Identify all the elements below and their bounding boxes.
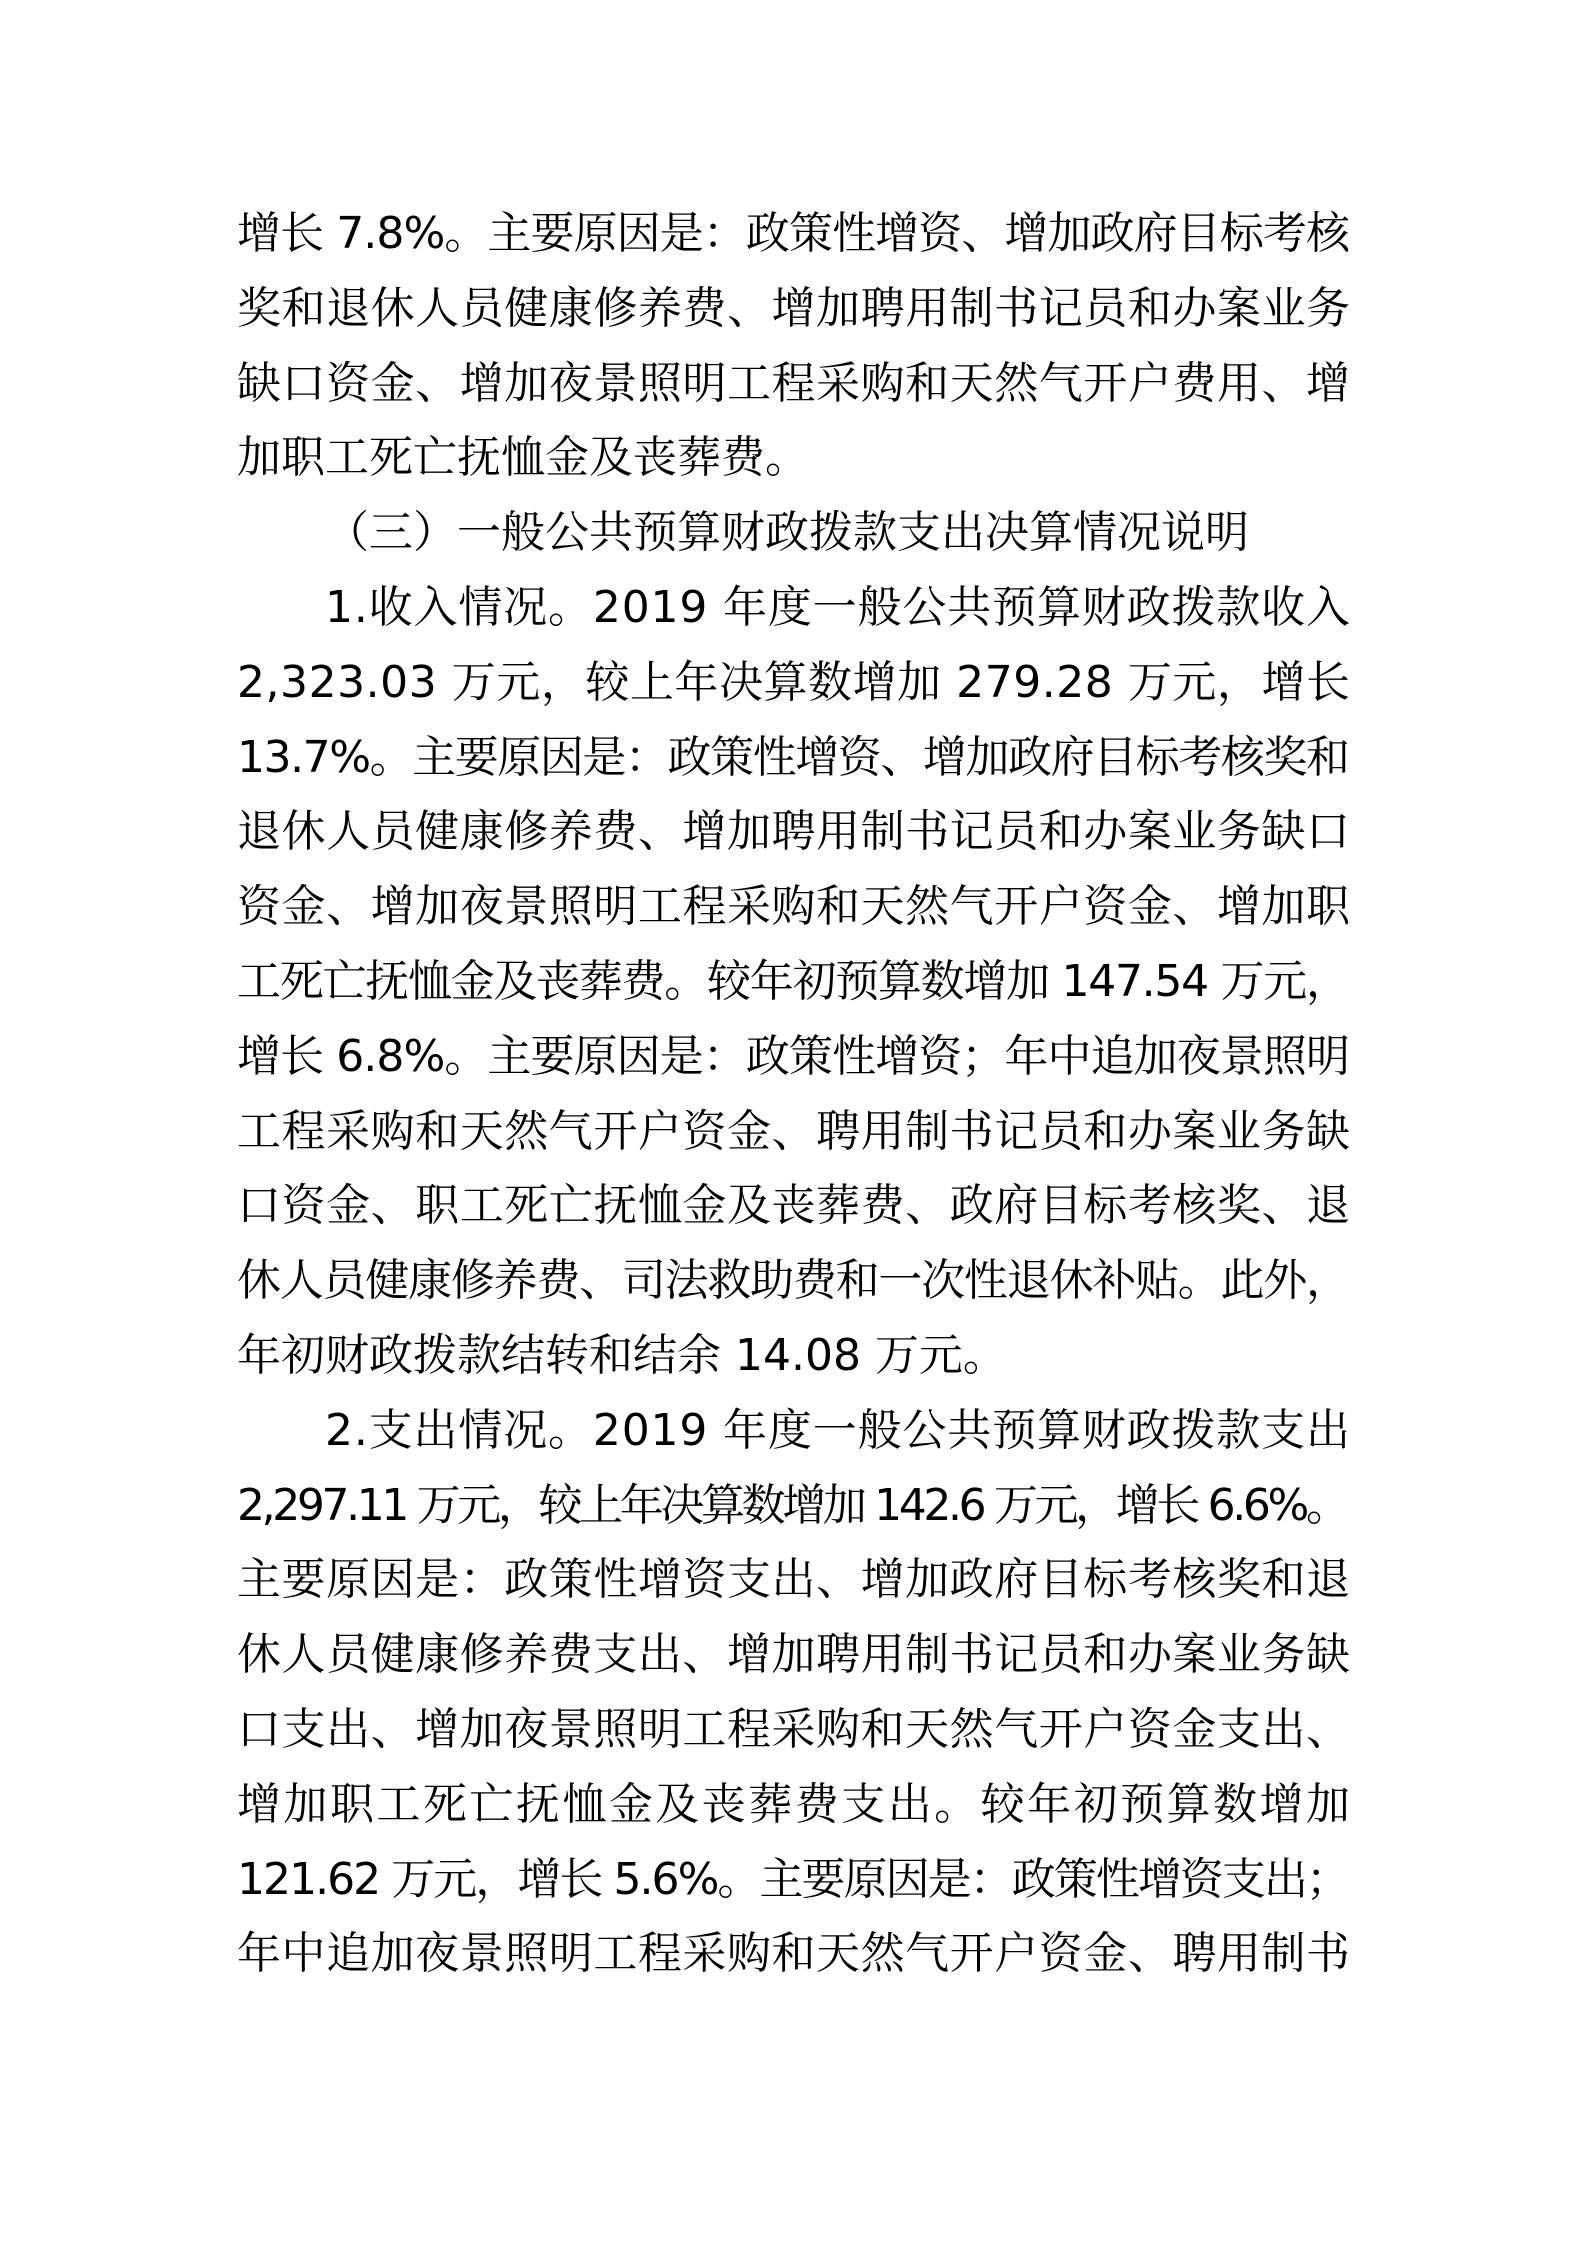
text-line: （三）一般公共预算财政拨款支出决算情况说明 — [237, 496, 1350, 571]
text-line-content: 资金、增加夜景照明工程采购和天然气开户资金、增加职 — [237, 870, 1351, 945]
text-line: 13.7%。主要原因是：政策性增资、增加政府目标考核奖和 — [237, 721, 1350, 796]
text-line-content: 缺口资金、增加夜景照明工程采购和天然气开户费用、增 — [237, 347, 1351, 422]
text-line-content: 增长 7.8%。主要原因是：政策性增资、增加政府目标考核 — [237, 197, 1349, 272]
text-line-content: （三）一般公共预算财政拨款支出决算情况说明 — [325, 496, 1249, 571]
text-line-content: 工程采购和天然气开户资金、聘用制书记员和办案业务缺 — [237, 1095, 1351, 1170]
text-line-content: 年中追加夜景照明工程采购和天然气开户资金、聘用制书 — [237, 1917, 1351, 1992]
text-line-content: 主要原因是：政策性增资支出、增加政府目标考核奖和退 — [237, 1543, 1351, 1618]
text-line: 休人员健康修养费、司法救助费和一次性退休补贴。此外， — [237, 1244, 1350, 1319]
text-line: 增长 6.8%。主要原因是：政策性增资；年中追加夜景照明 — [237, 1020, 1350, 1095]
text-line-content: 休人员健康修养费、司法救助费和一次性退休补贴。此外， — [237, 1244, 1349, 1319]
text-line: 2,297.11 万元，较上年决算数增加 142.6 万元，增长 6.6%。 — [237, 1469, 1350, 1544]
text-line: 加职工死亡抚恤金及丧葬费。 — [237, 421, 1350, 496]
text-line: 工死亡抚恤金及丧葬费。较年初预算数增加 147.54 万元， — [237, 945, 1350, 1020]
text-line-content: 口资金、职工死亡抚恤金及丧葬费、政府目标考核奖、退 — [237, 1169, 1351, 1244]
text-line-content: 13.7%。主要原因是：政策性增资、增加政府目标考核奖和 — [237, 721, 1349, 796]
text-line-content: 增长 6.8%。主要原因是：政策性增资；年中追加夜景照明 — [237, 1020, 1349, 1095]
text-line: 1.收入情况。2019 年度一般公共预算财政拨款收入 — [237, 571, 1350, 646]
text-line-content: 工死亡抚恤金及丧葬费。较年初预算数增加 147.54 万元， — [237, 945, 1349, 1020]
text-line: 工程采购和天然气开户资金、聘用制书记员和办案业务缺 — [237, 1095, 1350, 1170]
text-line-content: 口支出、增加夜景照明工程采购和天然气开户资金支出、 — [237, 1693, 1351, 1768]
text-line: 缺口资金、增加夜景照明工程采购和天然气开户费用、增 — [237, 347, 1350, 422]
document-page: 增长 7.8%。主要原因是：政策性增资、增加政府目标考核奖和退休人员健康修养费、… — [0, 0, 1587, 2245]
text-line: 2.支出情况。2019 年度一般公共预算财政拨款支出 — [237, 1394, 1350, 1469]
document-body: 增长 7.8%。主要原因是：政策性增资、增加政府目标考核奖和退休人员健康修养费、… — [237, 197, 1350, 1992]
text-line-content: 增加职工死亡抚恤金及丧葬费支出。较年初预算数增加 — [237, 1768, 1352, 1843]
text-line-content: 1.收入情况。2019 年度一般公共预算财政拨款收入 — [325, 571, 1351, 646]
text-line: 增加职工死亡抚恤金及丧葬费支出。较年初预算数增加 — [237, 1768, 1350, 1843]
text-line: 奖和退休人员健康修养费、增加聘用制书记员和办案业务 — [237, 272, 1350, 347]
text-line: 年初财政拨款结转和结余 14.08 万元。 — [237, 1319, 1350, 1394]
text-line-content: 2,297.11 万元，较上年决算数增加 142.6 万元，增长 6.6%。 — [237, 1469, 1347, 1544]
text-line: 年中追加夜景照明工程采购和天然气开户资金、聘用制书 — [237, 1917, 1350, 1992]
text-line: 休人员健康修养费支出、增加聘用制书记员和办案业务缺 — [237, 1618, 1350, 1693]
text-line: 口资金、职工死亡抚恤金及丧葬费、政府目标考核奖、退 — [237, 1169, 1350, 1244]
text-line-content: 退休人员健康修养费、增加聘用制书记员和办案业务缺口 — [237, 795, 1351, 870]
text-line-content: 2,323.03 万元，较上年决算数增加 279.28 万元，增长 — [237, 646, 1351, 721]
text-line: 主要原因是：政策性增资支出、增加政府目标考核奖和退 — [237, 1543, 1350, 1618]
text-line-content: 年初财政拨款结转和结余 14.08 万元。 — [237, 1319, 1007, 1394]
text-line-content: 121.62 万元，增长 5.6%。主要原因是：政策性增资支出； — [237, 1843, 1348, 1918]
text-line-content: 奖和退休人员健康修养费、增加聘用制书记员和办案业务 — [237, 272, 1351, 347]
text-line-content: 加职工死亡抚恤金及丧葬费。 — [237, 421, 809, 496]
text-line: 退休人员健康修养费、增加聘用制书记员和办案业务缺口 — [237, 795, 1350, 870]
text-line: 口支出、增加夜景照明工程采购和天然气开户资金支出、 — [237, 1693, 1350, 1768]
text-line-content: 2.支出情况。2019 年度一般公共预算财政拨款支出 — [325, 1394, 1351, 1469]
text-line: 2,323.03 万元，较上年决算数增加 279.28 万元，增长 — [237, 646, 1350, 721]
text-line: 增长 7.8%。主要原因是：政策性增资、增加政府目标考核 — [237, 197, 1350, 272]
text-line-content: 休人员健康修养费支出、增加聘用制书记员和办案业务缺 — [237, 1618, 1351, 1693]
text-line: 121.62 万元，增长 5.6%。主要原因是：政策性增资支出； — [237, 1843, 1350, 1918]
text-line: 资金、增加夜景照明工程采购和天然气开户资金、增加职 — [237, 870, 1350, 945]
